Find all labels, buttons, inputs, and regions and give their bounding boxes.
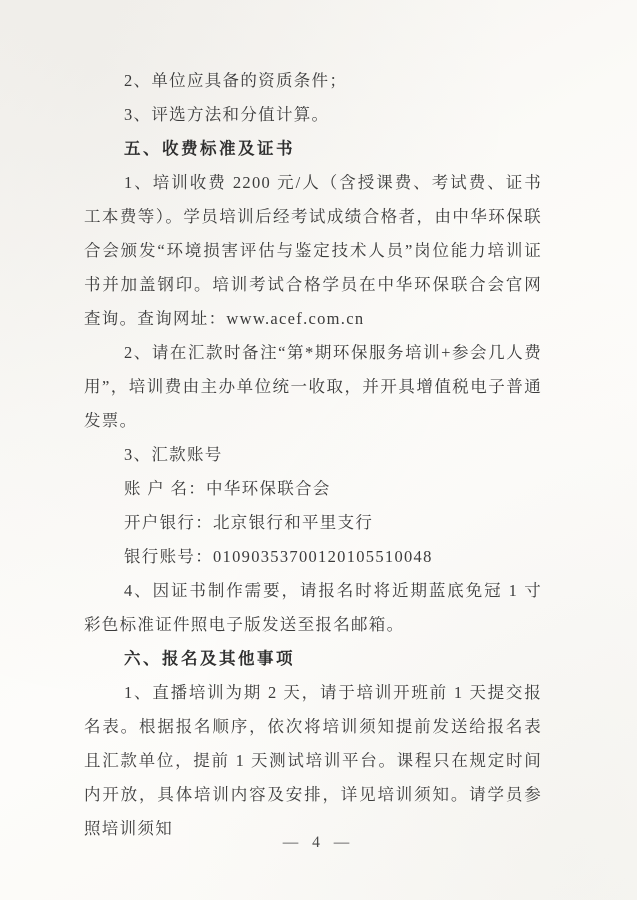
- scanned-document-page: 2、单位应具备的资质条件； 3、评选方法和分值计算。 五、收费标准及证书 1、培…: [0, 0, 637, 900]
- document-body: 2、单位应具备的资质条件； 3、评选方法和分值计算。 五、收费标准及证书 1、培…: [84, 64, 542, 846]
- para-remittance-account-label: 3、汇款账号: [84, 438, 542, 472]
- item-3-evaluation-method: 3、评选方法和分值计算。: [84, 98, 542, 132]
- item-2-unit-qualifications: 2、单位应具备的资质条件；: [84, 64, 542, 98]
- page-number: — 4 —: [0, 834, 637, 852]
- para-photo-requirement: 4、因证书制作需要，请报名时将近期蓝底免冠 1 寸彩色标准证件照电子版发送至报名…: [84, 574, 542, 642]
- para-remittance-note: 2、请在汇款时备注“第*期环保服务培训+参会几人费用”，培训费由主办单位统一收取…: [84, 336, 542, 438]
- para-registration-schedule: 1、直播培训为期 2 天，请于培训开班前 1 天提交报名表。根据报名顺序，依次将…: [84, 676, 542, 846]
- section-6-heading-registration: 六、报名及其他事项: [84, 642, 542, 676]
- row-account-name: 账 户 名：中华环保联合会: [84, 472, 542, 506]
- row-bank-account-number: 银行账号：01090353700120105510048: [84, 540, 542, 574]
- para-training-fee-certificate: 1、培训收费 2200 元/人（含授课费、考试费、证书工本费等）。学员培训后经考…: [84, 166, 542, 336]
- section-5-heading-fees-certificate: 五、收费标准及证书: [84, 132, 542, 166]
- row-bank-branch: 开户银行：北京银行和平里支行: [84, 506, 542, 540]
